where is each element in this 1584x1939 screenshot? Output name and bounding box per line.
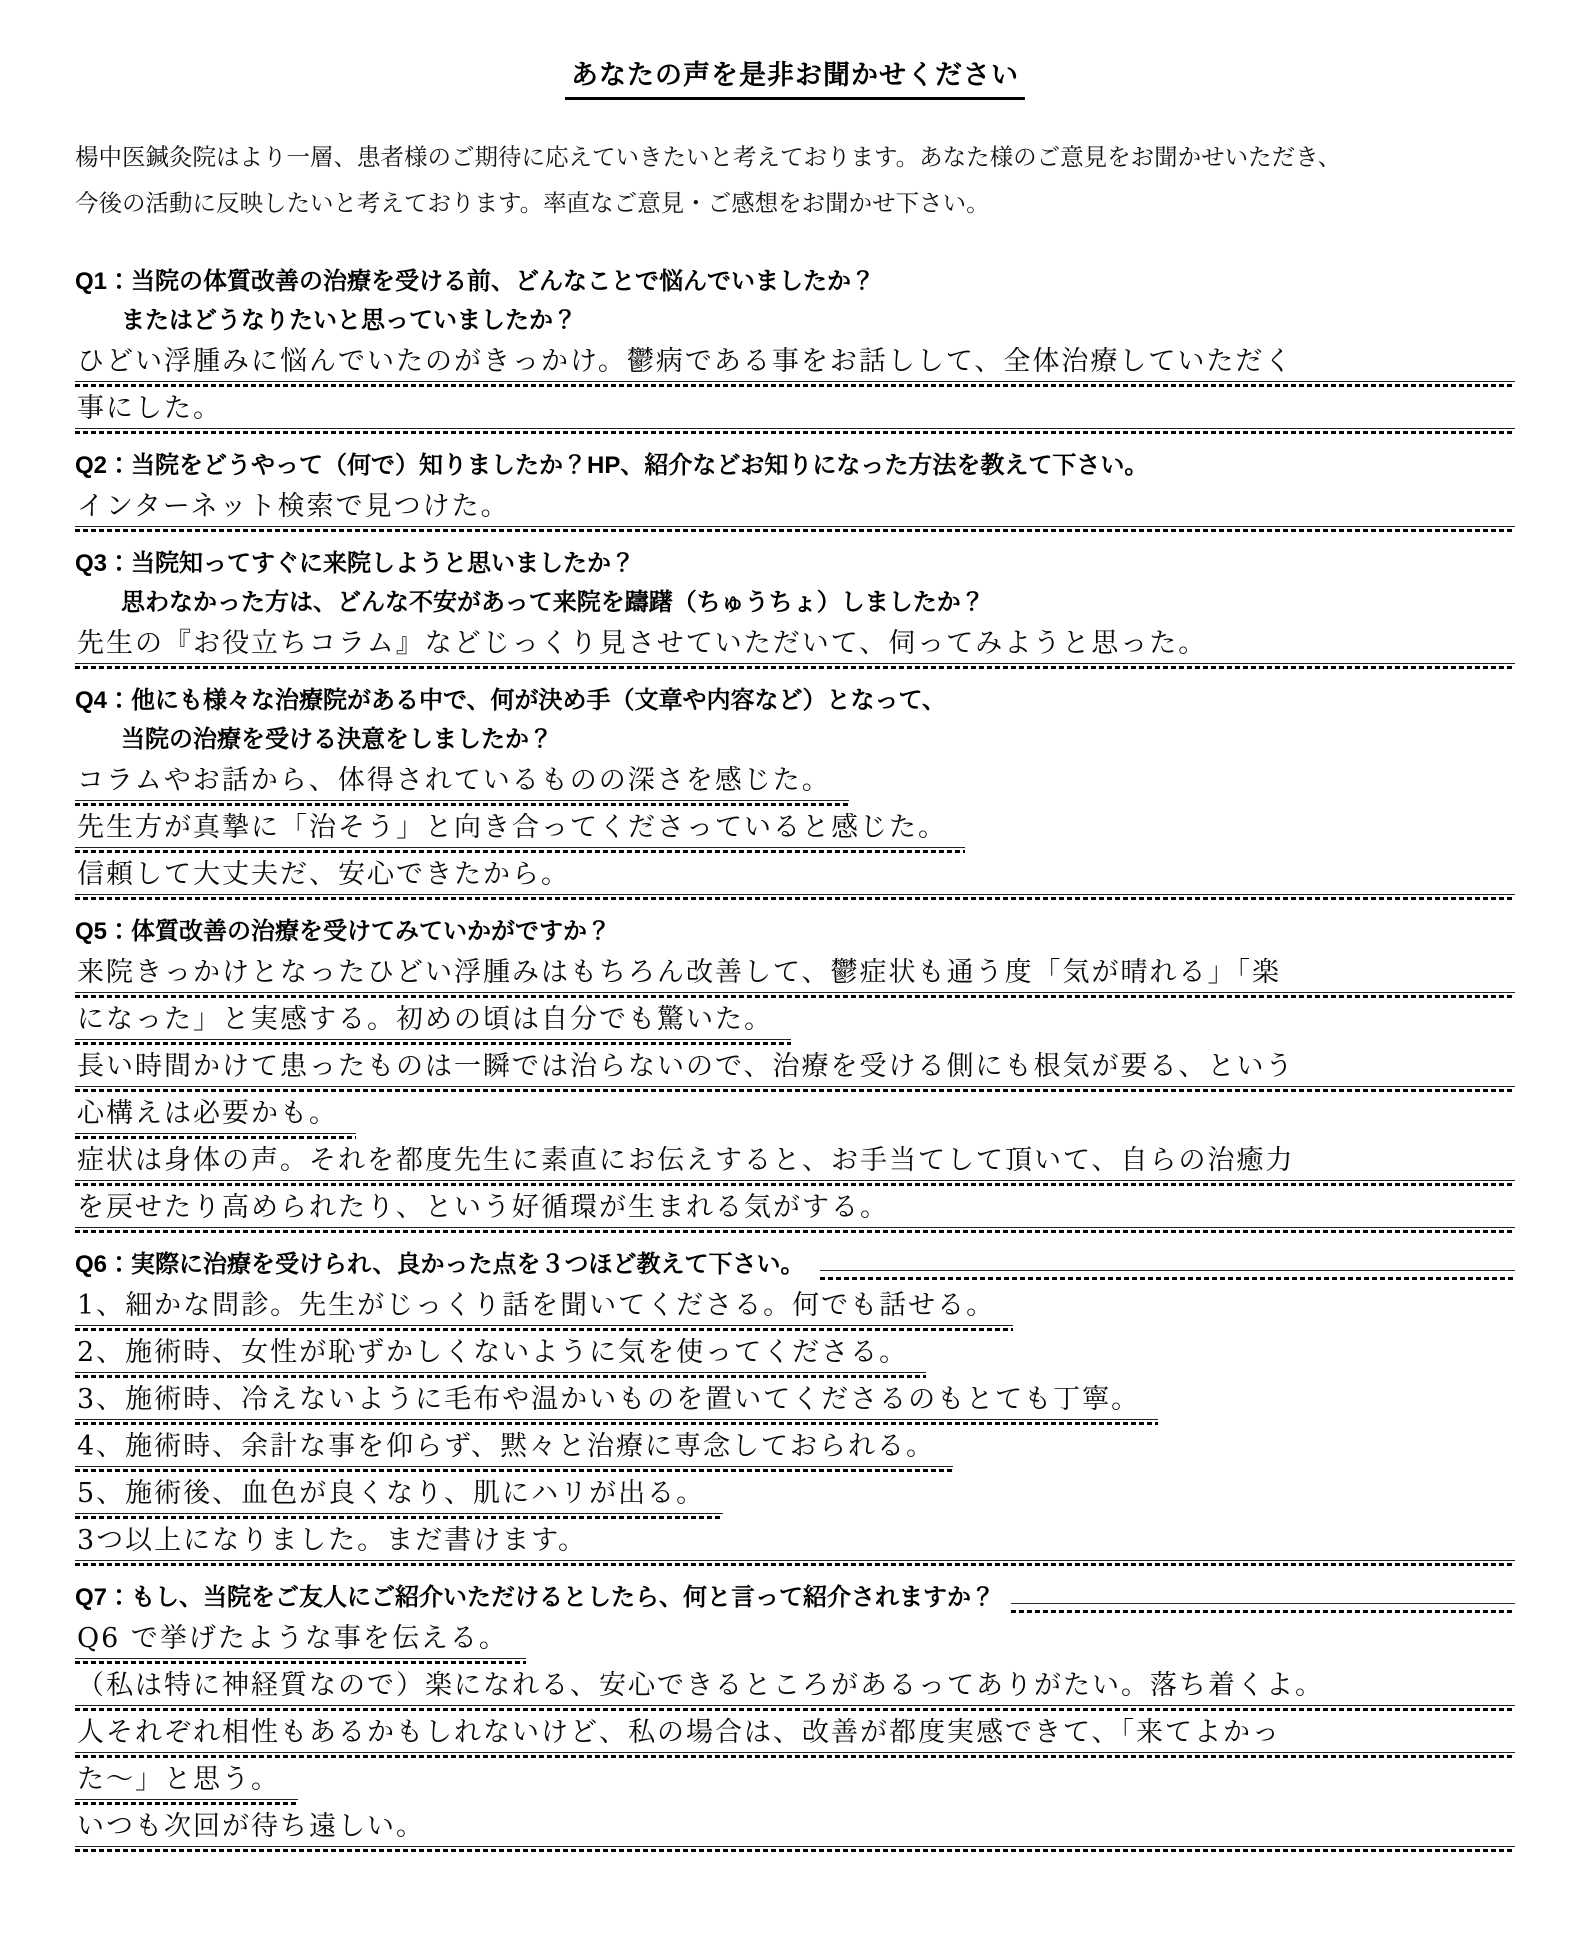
answer-q4-line-2: 先生方が真摯に「治そう」と向き合ってくださっていると感じた。 [75,806,1515,853]
answer-q5-line-2: になった」と実感する。初めの頃は自分でも驚いた。 [75,998,1515,1045]
handwritten-text: ひどい浮腫みに悩んでいたのがきっかけ。鬱病である事をお話しして、全体治療していた… [75,345,1515,387]
handwritten-text: 事にした。 [75,392,1515,434]
question-q2-line-1: Q2：当院をどうやって（何で）知りましたか？HP、紹介などお知りになった方法を教… [75,447,1515,485]
answer-q1-line-1: ひどい浮腫みに悩んでいたのがきっかけ。鬱病である事をお話しして、全体治療していた… [75,340,1515,387]
handwritten-text: 先生の『お役立ちコラム』などじっくり見させていただいて、伺ってみようと思った。 [75,627,1515,669]
questionnaire-page: あなたの声を是非お聞かせください 楊中医鍼灸院はより一層、患者様のご期待に応えて… [0,0,1584,1939]
handwritten-text: コラムやお話から、体得されているものの深さを感じた。 [75,764,849,806]
question-q1-line-2: またはどうなりたいと思っていましたか？ [75,302,1515,340]
handwritten-text: 来院きっかけとなったひどい浮腫みはもちろん改善して、鬱症状も通う度「気が晴れる」… [75,956,1515,998]
title-row: あなたの声を是非お聞かせください [75,58,1515,100]
handwritten-text: （私は特に神経質なので）楽になれる、安心できるところがあるってありがたい。落ち着… [75,1669,1515,1711]
question-q4-line-2: 当院の治療を受ける決意をしましたか？ [75,721,1515,759]
answer-q1-line-2: 事にした。 [75,387,1515,434]
handwritten-text: た〜」と思う。 [75,1763,298,1805]
question-q6-line-1: Q6：実際に治療を受けられ、良かった点を３つほど教えて下さい。 [75,1246,804,1284]
handwritten-text: 人それぞれ相性もあるかもしれないけど、私の場合は、改善が都度実感できて、「来てよ… [75,1716,1515,1758]
answer-q6-line-5: 5、施術後、血色が良くなり、肌にハリが出る。 [75,1472,1515,1519]
question-q7-line-1: Q7：もし、当院をご友人にご紹介いただけるとしたら、何と言って紹介されますか？ [75,1579,995,1617]
answer-q5-line-5: 症状は身体の声。それを都度先生に素直にお伝えすると、お手当てして頂いて、自らの治… [75,1139,1515,1186]
handwritten-text: Q6 で挙げたような事を伝える。 [75,1622,526,1664]
question-q6-row: Q6：実際に治療を受けられ、良かった点を３つほど教えて下さい。 [75,1246,1515,1284]
answer-q2-line-1: インターネット検索で見つけた。 [75,485,1515,532]
handwritten-text: 2、施術時、女性が恥ずかしくないように気を使ってくださる。 [75,1336,926,1378]
question-q3-line-2: 思わなかった方は、どんな不安があって来院を躊躇（ちゅうちょ）しましたか？ [75,584,1515,622]
handwritten-text: 長い時間かけて患ったものは一瞬では治らないので、治療を受ける側にも根気が要る、と… [75,1050,1515,1092]
answer-q6-line-1: 1、細かな問診。先生がじっくり話を聞いてくださる。何でも話せる。 [75,1284,1515,1331]
answer-q5-line-4: 心構えは必要かも。 [75,1092,1515,1139]
answer-q4-line-1: コラムやお話から、体得されているものの深さを感じた。 [75,759,1515,806]
handwritten-text: を戻せたり高められたり、という好循環が生まれる気がする。 [75,1191,1515,1233]
handwritten-text: インターネット検索で見つけた。 [75,490,1515,532]
question-q4-line-1: Q4：他にも様々な治療院がある中で、何が決め手（文章や内容など）となって、 [75,682,1515,720]
question-q1-line-1: Q1：当院の体質改善の治療を受ける前、どんなことで悩んでいましたか？ [75,263,1515,301]
dotted-line-filler [820,1270,1515,1280]
spacer [75,226,1515,250]
answer-q6-line-4: 4、施術時、余計な事を仰らず、黙々と治療に専念しておられる。 [75,1425,1515,1472]
question-q7-row: Q7：もし、当院をご友人にご紹介いただけるとしたら、何と言って紹介されますか？ [75,1579,1515,1617]
intro-text-line-1: 楊中医鍼灸院はより一層、患者様のご期待に応えていきたいと考えております。あなた様… [75,134,1515,180]
handwritten-text: いつも次回が待ち遠しい。 [75,1810,1515,1852]
answer-q4-line-3: 信頼して大丈夫だ、安心できたから。 [75,853,1515,900]
handwritten-text: 3つ以上になりました。まだ書けます。 [75,1524,1515,1566]
handwritten-text: 3、施術時、冷えないように毛布や温かいものを置いてくださるのもとても丁寧。 [75,1383,1158,1425]
handwritten-text: 先生方が真摯に「治そう」と向き合ってくださっていると感じた。 [75,811,965,853]
form-title: あなたの声を是非お聞かせください [565,58,1025,100]
question-q5-line-1: Q5：体質改善の治療を受けてみていかがですか？ [75,913,1515,951]
handwritten-text: 症状は身体の声。それを都度先生に素直にお伝えすると、お手当てして頂いて、自らの治… [75,1144,1515,1186]
answer-q7-line-5: いつも次回が待ち遠しい。 [75,1805,1515,1852]
handwritten-text: 信頼して大丈夫だ、安心できたから。 [75,858,1515,900]
answer-q6-line-6: 3つ以上になりました。まだ書けます。 [75,1519,1515,1566]
answer-q7-line-3: 人それぞれ相性もあるかもしれないけど、私の場合は、改善が都度実感できて、「来てよ… [75,1711,1515,1758]
dotted-line-filler [1011,1603,1515,1613]
handwritten-text: になった」と実感する。初めの頃は自分でも驚いた。 [75,1003,791,1045]
handwritten-text: 4、施術時、余計な事を仰らず、黙々と治療に専念しておられる。 [75,1430,953,1472]
answer-q5-line-1: 来院きっかけとなったひどい浮腫みはもちろん改善して、鬱症状も通う度「気が晴れる」… [75,951,1515,998]
answer-q3-line-1: 先生の『お役立ちコラム』などじっくり見させていただいて、伺ってみようと思った。 [75,622,1515,669]
answer-q6-line-2: 2、施術時、女性が恥ずかしくないように気を使ってくださる。 [75,1331,1515,1378]
answer-q5-line-3: 長い時間かけて患ったものは一瞬では治らないので、治療を受ける側にも根気が要る、と… [75,1045,1515,1092]
answer-q7-line-4: た〜」と思う。 [75,1758,1515,1805]
handwritten-text: 心構えは必要かも。 [75,1097,356,1139]
question-q3-line-1: Q3：当院知ってすぐに来院しようと思いましたか？ [75,545,1515,583]
answer-q7-line-2: （私は特に神経質なので）楽になれる、安心できるところがあるってありがたい。落ち着… [75,1664,1515,1711]
intro-text-line-2: 今後の活動に反映したいと考えております。率直なご意見・ご感想をお聞かせ下さい。 [75,180,1515,226]
answer-q7-line-1: Q6 で挙げたような事を伝える。 [75,1617,1515,1664]
handwritten-text: 1、細かな問診。先生がじっくり話を聞いてくださる。何でも話せる。 [75,1289,1013,1331]
answer-q5-line-6: を戻せたり高められたり、という好循環が生まれる気がする。 [75,1186,1515,1233]
handwritten-text: 5、施術後、血色が良くなり、肌にハリが出る。 [75,1477,723,1519]
answer-q6-line-3: 3、施術時、冷えないように毛布や温かいものを置いてくださるのもとても丁寧。 [75,1378,1515,1425]
